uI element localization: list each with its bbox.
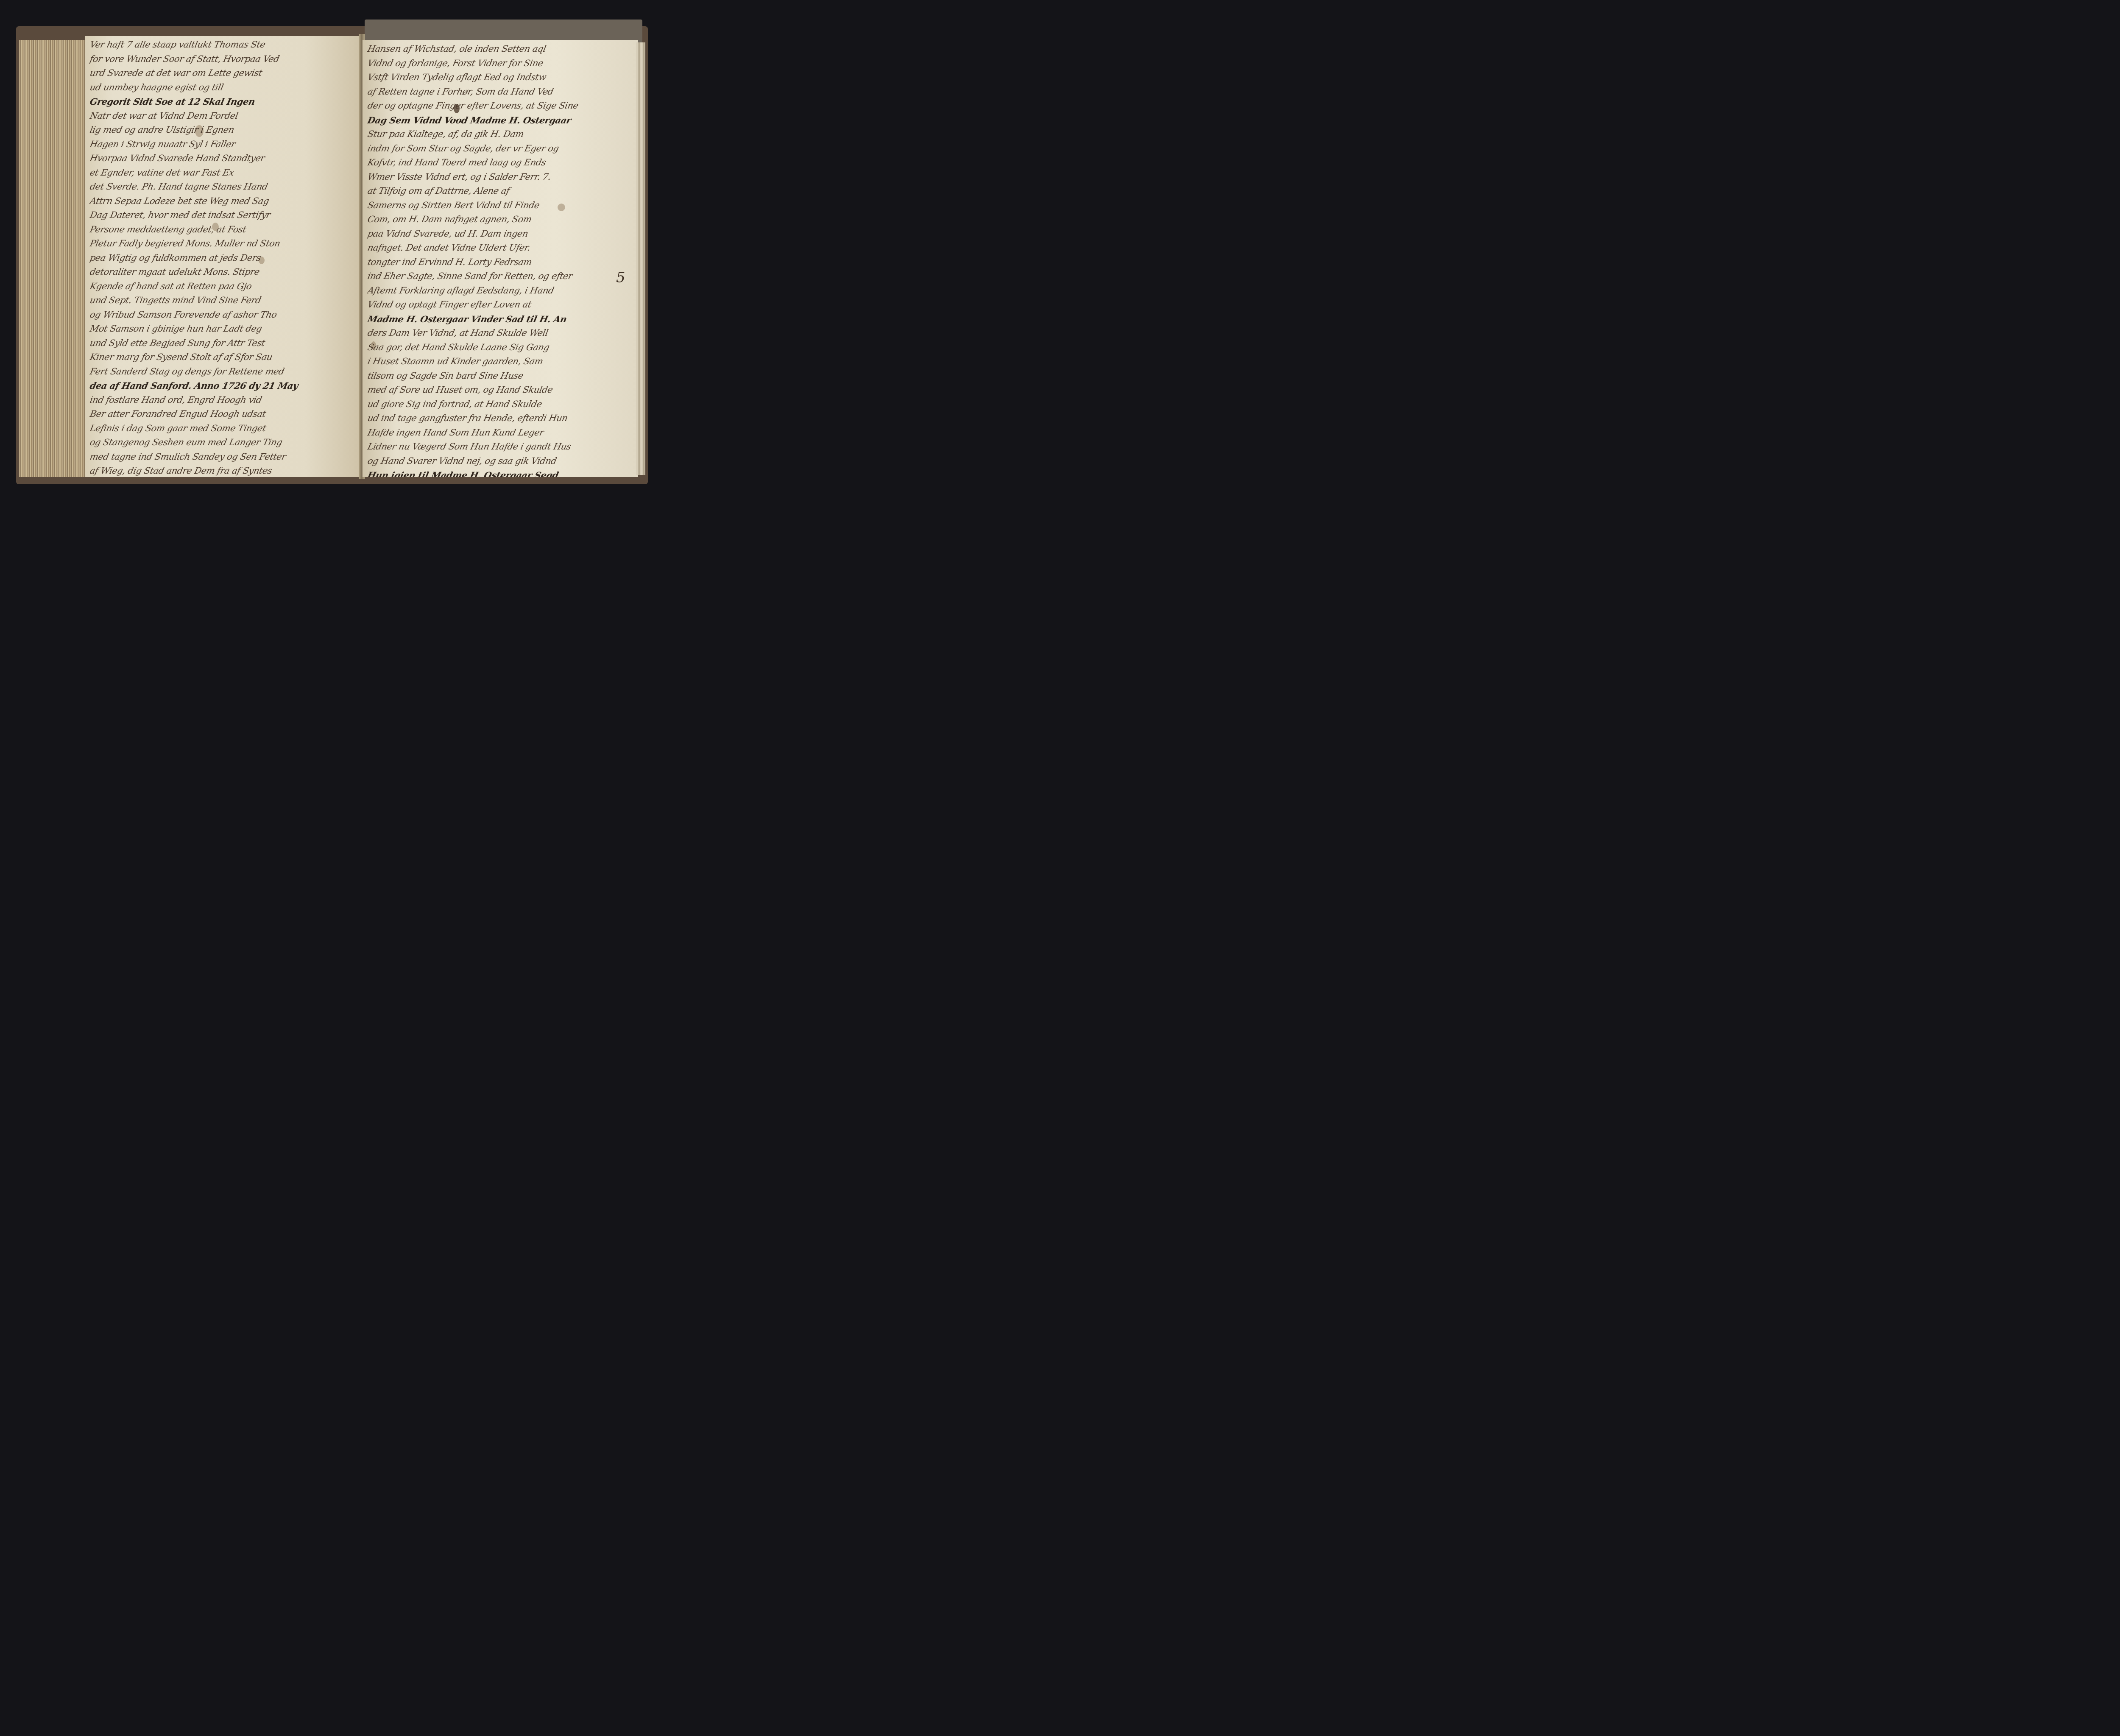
manuscript-line: med af Sore ud Huset om, og Hand Skulde bbox=[366, 383, 636, 397]
manuscript-line: detoraliter mgaat udelukt Mons. Stipre bbox=[88, 265, 358, 279]
marginal-numeral: 5 bbox=[616, 269, 625, 286]
manuscript-line: Pletur Fadly begiered Mons. Muller nd St… bbox=[88, 237, 358, 251]
manuscript-line: Persone meddaetteng gadet, at Fost bbox=[88, 223, 358, 237]
manuscript-line: Dag Sem Vidnd Vood Madme H. Ostergaar bbox=[366, 113, 636, 128]
manuscript-line: Hun igien til Madme H. Ostergaar Segd bbox=[366, 468, 636, 477]
manuscript-line: af Retten tagne i Forhør, Som da Hand Ve… bbox=[366, 85, 636, 99]
manuscript-line: Attrn Sepaa Lodeze bet ste Weg med Sag bbox=[88, 194, 358, 209]
manuscript-line: Samerns og Sirtten Bert Vidnd til Finde bbox=[366, 198, 636, 213]
manuscript-line: tongter ind Ervinnd H. Lorty Fedrsam bbox=[366, 255, 636, 270]
manuscript-line: Kiner marg for Sysend Stolt af af Sfor S… bbox=[88, 350, 358, 365]
manuscript-line: der og optagne Finger efter Lovens, at S… bbox=[366, 99, 636, 113]
manuscript-line: Hansen af Wichstad, ole inden Setten aql bbox=[366, 42, 636, 56]
manuscript-line: Saa gor, det Hand Skulde Laane Sig Gang bbox=[366, 341, 636, 355]
manuscript-line: i Huset Staamn ud Kinder gaarden, Sam bbox=[366, 354, 636, 369]
manuscript-line: Vidnd og optagt Finger efter Loven at bbox=[366, 298, 636, 312]
manuscript-line: und Syld ette Begjaed Sung for Attr Test bbox=[88, 336, 358, 351]
page-edges-stack bbox=[19, 40, 87, 477]
manuscript-line: ud ind tage gangfuster fra Hende, efterd… bbox=[366, 411, 636, 426]
right-page-text: Hansen af Wichstad, ole inden Setten aql… bbox=[368, 42, 635, 477]
manuscript-line: Hafde ingen Hand Som Hun Kund Leger bbox=[366, 426, 636, 440]
manuscript-line: lig med og andre Ulstigir i Egnen bbox=[88, 123, 358, 137]
manuscript-line: Vidnd og forlanige, Forst Vidner for Sin… bbox=[366, 56, 636, 71]
left-page: Ver haft 7 alle staap valtlukt Thomas St… bbox=[85, 36, 360, 477]
manuscript-line: ind Eher Sagte, Sinne Sand for Retten, o… bbox=[366, 269, 636, 284]
right-page: Hansen af Wichstad, ole inden Setten aql… bbox=[363, 40, 638, 477]
manuscript-line: et Egnder, vatine det war Fast Ex bbox=[88, 166, 358, 180]
manuscript-line: tilsom og Sagde Sin bard Sine Huse bbox=[366, 369, 636, 383]
manuscript-line: Wmer Visste Vidnd ert, og i Salder Ferr.… bbox=[366, 170, 636, 184]
manuscript-line: Kofvtr, ind Hand Toerd med laag og Ends bbox=[366, 156, 636, 170]
manuscript-line: at Tilfoig om af Dattrne, Alene af bbox=[366, 184, 636, 198]
manuscript-line: Hagen i Strwig nuaatr Syl i Faller bbox=[88, 137, 358, 152]
manuscript-line: Ver haft 7 alle staap valtlukt Thomas St… bbox=[88, 38, 358, 52]
manuscript-line: ud giore Sig ind fortrad, at Hand Skulde bbox=[366, 397, 636, 412]
manuscript-line: indm for Som Stur og Sagde, der vr Eger … bbox=[366, 142, 636, 156]
manuscript-line: Natr det war at Vidnd Dem Fordel bbox=[88, 109, 358, 123]
manuscript-line: Mot Samson i gbinige hun har Ladt deg bbox=[88, 322, 358, 336]
manuscript-line: med tagne ind Smulich Sandey og Sen Fett… bbox=[88, 450, 358, 464]
manuscript-line: Madme H. Ostergaar Vinder Sad til H. An bbox=[366, 312, 636, 327]
manuscript-line: Ber atter Forandred Engud Hoogh udsat bbox=[88, 407, 358, 421]
manuscript-line: ud unmbey haagne egist og till bbox=[88, 81, 358, 95]
manuscript-line: und Sept. Tingetts mind Vind Sine Ferd bbox=[88, 293, 358, 308]
manuscript-line: dea af Hand Sanford. Anno 1726 dy 21 May bbox=[88, 379, 358, 393]
manuscript-line: og Hand Svarer Vidnd nej, og saa gik Vid… bbox=[366, 454, 636, 469]
manuscript-line: og Stangenog Seshen eum med Langer Ting bbox=[88, 435, 358, 450]
manuscript-line: Lefinis i dag Som gaar med Some Tinget bbox=[88, 421, 358, 436]
manuscript-line: paa Vidnd Svarede, ud H. Dam ingen bbox=[366, 227, 636, 241]
manuscript-line: Vstft Virden Tydelig aflagt Eed og Indst… bbox=[366, 70, 636, 85]
manuscript-line: Hvorpaa Vidnd Svarede Hand Standtyer bbox=[88, 151, 358, 166]
manuscript-line: Lidner nu Vægerd Som Hun Hafde i gandt H… bbox=[366, 440, 636, 454]
manuscript-line: af Wieg, dig Stad andre Dem fra af Synte… bbox=[88, 464, 358, 477]
left-page-text: Ver haft 7 alle staap valtlukt Thomas St… bbox=[90, 38, 357, 477]
manuscript-line: for vore Wunder Soor af Statt, Hvorpaa V… bbox=[88, 52, 358, 67]
manuscript-line: og Wribud Samson Forevende af ashor Tho bbox=[88, 308, 358, 322]
manuscript-line: Com, om H. Dam nafnget agnen, Som bbox=[366, 212, 636, 227]
manuscript-line: Stur paa Kialtege, af, da gik H. Dam bbox=[366, 127, 636, 142]
manuscript-line: ders Dam Ver Vidnd, at Hand Skulde Well bbox=[366, 326, 636, 341]
manuscript-line: Aftemt Forklaring aflagd Eedsdang, i Han… bbox=[366, 284, 636, 298]
manuscript-line: nafnget. Det andet Vidne Uldert Ufer. bbox=[366, 241, 636, 255]
manuscript-line: urd Svarede at det war om Lette gewist bbox=[88, 66, 358, 81]
manuscript-line: pea Wigtig og fuldkommen at jeds Ders bbox=[88, 251, 358, 265]
manuscript-line: Kgende af hand sat at Retten paa Gjo bbox=[88, 279, 358, 294]
right-page-edges bbox=[636, 42, 645, 475]
manuscript-line: Fert Sanderd Stag og dengs for Rettene m… bbox=[88, 365, 358, 379]
manuscript-line: Gregorit Sidt Soe at 12 Skal Ingen bbox=[88, 95, 358, 109]
manuscript-line: ind fostlare Hand ord, Engrd Hoogh vid bbox=[88, 393, 358, 407]
manuscript-line: Dag Dateret, hvor med det indsat Sertify… bbox=[88, 208, 358, 223]
manuscript-line: det Sverde. Ph. Hand tagne Stanes Hand bbox=[88, 180, 358, 194]
